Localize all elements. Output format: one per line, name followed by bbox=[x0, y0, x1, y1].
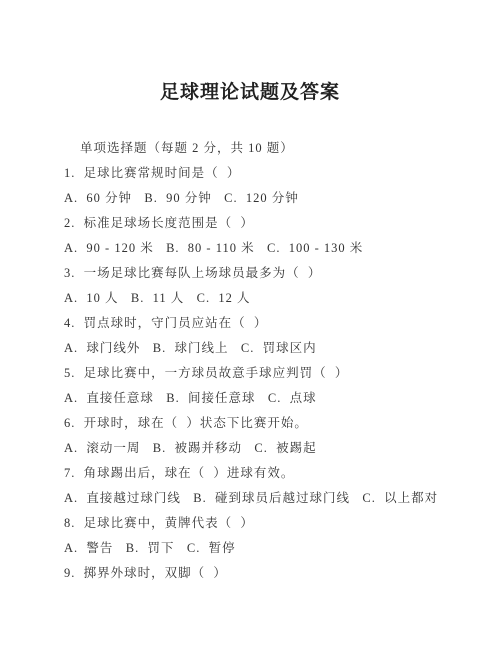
question-9-text: 9. 掷界外球时，双脚（ ） bbox=[64, 567, 500, 580]
question-6-options: A. 滚动一周 B. 被踢并移动 C. 被踢起 bbox=[64, 442, 500, 455]
question-2-text: 2. 标准足球场长度范围是（ ） bbox=[64, 217, 500, 230]
question-3-options: A. 10 人 B. 11 人 C. 12 人 bbox=[64, 292, 500, 305]
question-4-text: 4. 罚点球时，守门员应站在（ ） bbox=[64, 317, 500, 330]
question-list: 单项选择题（每题 2 分，共 10 题） 1. 足球比赛常规时间是（ ） A. … bbox=[0, 142, 500, 580]
question-7-options: A. 直接越过球门线 B. 碰到球员后越过球门线 C. 以上都对 bbox=[64, 492, 500, 505]
question-2-options: A. 90 - 120 米 B. 80 - 110 米 C. 100 - 130… bbox=[64, 242, 500, 255]
question-8-text: 8. 足球比赛中，黄牌代表（ ） bbox=[64, 517, 500, 530]
document-page: 足球理论试题及答案 单项选择题（每题 2 分，共 10 题） 1. 足球比赛常规… bbox=[0, 0, 500, 647]
question-3-text: 3. 一场足球比赛每队上场球员最多为（ ） bbox=[64, 267, 500, 280]
question-1-options: A. 60 分钟 B. 90 分钟 C. 120 分钟 bbox=[64, 192, 500, 205]
question-5-text: 5. 足球比赛中，一方球员故意手球应判罚（ ） bbox=[64, 367, 500, 380]
question-4-options: A. 球门线外 B. 球门线上 C. 罚球区内 bbox=[64, 342, 500, 355]
question-5-options: A. 直接任意球 B. 间接任意球 C. 点球 bbox=[64, 392, 500, 405]
question-6-text: 6. 开球时，球在（ ）状态下比赛开始。 bbox=[64, 417, 500, 430]
question-8-options: A. 警告 B. 罚下 C. 暂停 bbox=[64, 542, 500, 555]
page-title: 足球理论试题及答案 bbox=[0, 0, 500, 104]
question-1-text: 1. 足球比赛常规时间是（ ） bbox=[64, 167, 500, 180]
section-header: 单项选择题（每题 2 分，共 10 题） bbox=[80, 142, 500, 155]
question-7-text: 7. 角球踢出后，球在（ ）进球有效。 bbox=[64, 467, 500, 480]
